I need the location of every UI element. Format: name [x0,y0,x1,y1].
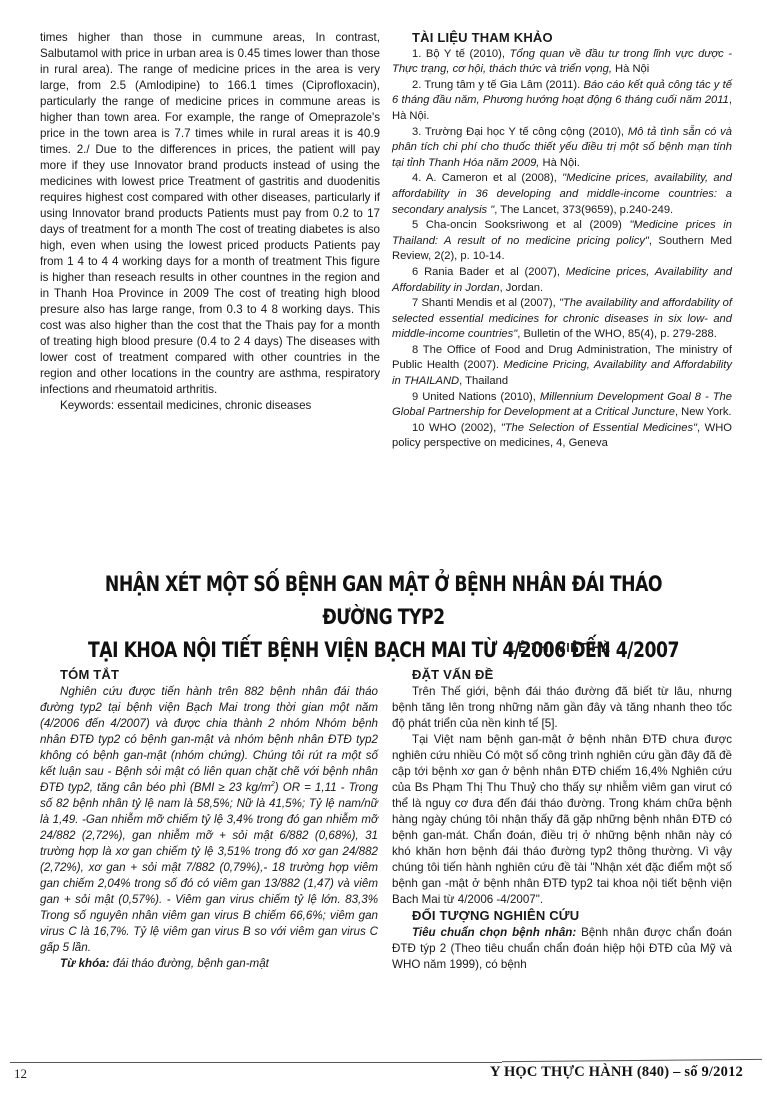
journal-name: Y HỌC THỰC HÀNH (840) – số 9/2012 [490,1064,743,1081]
summary-paragraph: Nghiên cứu được tiến hành trên 882 bệnh … [40,684,378,956]
article-title-line-1: NHẬN XÉT MỘT SỐ BỆNH GAN MẬT Ở BỆNH NHÂN… [69,568,698,634]
reference-item-10: 10 WHO (2002), "The Selection of Essenti… [392,421,732,452]
criteria-label: Tiêu chuẩn chọn bệnh nhân: [412,926,576,939]
references-section: TÀI LIỆU THAM KHẢO 1. Bộ Y tế (2010), Tổ… [392,30,732,452]
page-number: 12 [14,1066,27,1082]
introduction-heading: ĐẶT VẤN ĐỀ [412,667,732,683]
reference-item-9: 9 United Nations (2010), Millennium Deve… [392,390,732,421]
article-author: LÊ THỊ VIỆT HÀ [510,641,611,655]
references-heading: TÀI LIỆU THAM KHẢO [412,30,732,46]
footer-divider-right [502,1059,762,1062]
reference-item-2: 2. Trung tâm y tế Gia Lâm (2011). Báo cá… [392,78,732,125]
reference-item-4: 4. A. Cameron et al (2008), "Medicine pr… [392,171,732,218]
subjects-criteria: Tiêu chuẩn chọn bệnh nhân: Bệnh nhân đượ… [392,925,732,973]
english-keywords: Keywords: essentail medicines, chronic d… [40,398,380,414]
subjects-heading: ĐỐI TƯỢNG NGHIÊN CỨU [412,908,732,924]
summary-section: TÓM TẮT Nghiên cứu được tiến hành trên 8… [40,667,378,972]
reference-item-3: 3. Trường Đại học Y tế công cộng (2010),… [392,125,732,172]
introduction-paragraph-2: Tại Việt nam bệnh gan-mật ở bệnh nhân ĐT… [392,732,732,908]
footer-divider [10,1062,502,1063]
reference-item-5: 5 Cha-oncin Sooksriwong et al (2009) "Me… [392,218,732,265]
introduction-paragraph-1: Trên Thế giới, bệnh đái tháo đường đã bi… [392,684,732,732]
reference-item-8: 8 The Office of Food and Drug Administra… [392,343,732,390]
reference-item-1: 1. Bộ Y tế (2010), Tổng quan về đầu tư t… [392,47,732,78]
keywords-label: Từ khóa: [60,957,110,970]
english-abstract-column: times higher than those in cummune areas… [40,30,380,414]
reference-item-7: 7 Shanti Mendis et al (2007), "The avail… [392,296,732,343]
introduction-section: ĐẶT VẤN ĐỀ Trên Thế giới, bệnh đái tháo … [392,667,732,973]
english-abstract-paragraph: times higher than those in cummune areas… [40,30,380,398]
reference-item-6: 6 Rania Bader et al (2007), Medicine pri… [392,265,732,296]
summary-keywords: Từ khóa: đái tháo đường, bệnh gan-mật [40,956,378,972]
summary-heading: TÓM TẮT [60,667,378,683]
